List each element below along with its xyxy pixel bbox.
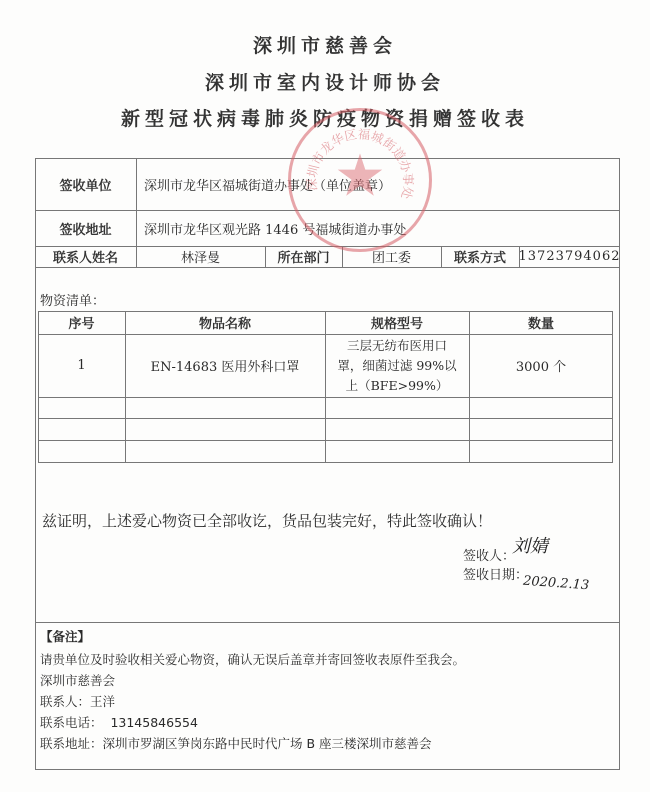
recipient-address-label: 签收地址 [35,210,136,246]
recipient-unit-value: 深圳市龙华区福城街道办事处（单位盖章） [136,158,620,210]
recipient-address-value: 深圳市龙华区观光路 1446 号福城街道办事处 [136,210,620,246]
recipient-unit-label: 签收单位 [35,158,136,210]
title-line-2: 深圳市室内设计师协会 [0,68,650,95]
column-header-no: 序号 [38,311,125,334]
contact-method-value: 13723794062 [519,246,620,267]
contact-name-label: 联系人姓名 [35,246,136,267]
table-row-1-quantity: 3000 个 [469,334,613,397]
notes-instruction: 请贵单位及时验收相关爱心物资，确认无误后盖章并寄回签收表原件至我会。 [40,650,465,668]
department-value: 团工委 [342,246,441,267]
contact-name-value: 林泽曼 [136,246,265,267]
divider [35,622,620,623]
notes-org: 深圳市慈善会 [40,671,115,689]
notes-phone: 联系电话： 13145846554 [40,713,198,731]
spec-line: 罩，细菌过滤 99%以 [337,356,456,376]
contact-method-label: 联系方式 [441,246,519,267]
divider [35,267,620,268]
column-header-quantity: 数量 [469,311,613,334]
table-row-1-name: EN-14683 医用外科口罩 [125,334,325,397]
spec-line: 上（BFE>99%） [346,376,449,396]
sign-date-label: 签收日期： [463,564,528,583]
signer-label: 签收人： [463,545,515,564]
notes-heading: 【备注】 [40,627,90,645]
table-row-1-spec: 三层无纺布医用口 罩，细菌过滤 99%以 上（BFE>99%） [325,334,469,397]
department-label: 所在部门 [265,246,342,267]
table-row-1-no: 1 [38,334,125,397]
materials-heading: 物资清单： [40,290,105,309]
certification-statement: 兹证明，上述爱心物资已全部收讫，货品包装完好，特此签收确认！ [42,510,492,531]
title-line-1: 深圳市慈善会 [0,31,650,58]
notes-address: 联系地址：深圳市罗湖区笋岗东路中民时代广场 B 座三楼深圳市慈善会 [40,734,432,752]
form-title: 新型冠状病毒肺炎防疫物资捐赠签收表 [0,104,650,131]
column-header-spec: 规格型号 [325,311,469,334]
column-header-item-name: 物品名称 [125,311,325,334]
notes-contact-person: 联系人：王洋 [40,692,115,710]
signer-signature: 刘婧 [512,532,548,558]
spec-line: 三层无纺布医用口 [347,336,447,356]
